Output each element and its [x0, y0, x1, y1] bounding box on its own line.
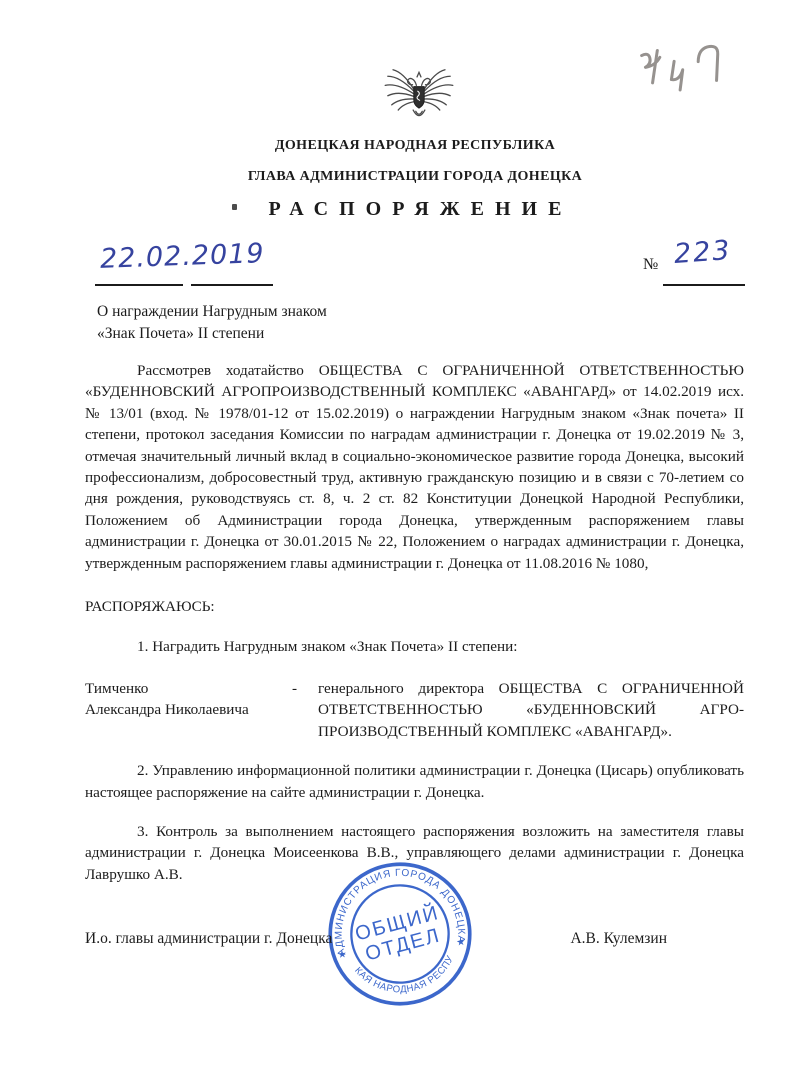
- handwritten-number: 223: [673, 235, 733, 270]
- stamp-star-left-icon: ★: [337, 949, 347, 961]
- document-header: ДОНЕЦКАЯ НАРОДНАЯ РЕСПУБЛИКА ГЛАВА АДМИН…: [85, 138, 745, 221]
- dpr-eagle-emblem-icon: [380, 60, 458, 138]
- date-underline-2: [191, 284, 273, 286]
- awardee-given-names: Александра Николаевича: [85, 699, 290, 720]
- document-type-title: РАСПОРЯЖЕНИЕ: [85, 198, 745, 221]
- awardee-position-description: генерального директора ОБЩЕСТВА С ОГРАНИ…: [318, 678, 744, 742]
- pencil-note-handwriting: [625, 12, 761, 107]
- order-item-1: 1. Наградить Нагрудным знаком «Знак Поче…: [85, 636, 744, 657]
- signer-position: И.о. главы администрации г. Донецка: [85, 930, 332, 948]
- handwritten-date: 22.02.2019: [100, 238, 266, 275]
- subject-line-2: «Знак Почета» II степени: [97, 323, 327, 345]
- subject-line-1: О награждении Нагрудным знаком: [97, 301, 327, 323]
- scan-artifact: [232, 204, 237, 210]
- scanned-document-page: ДОНЕЦКАЯ НАРОДНАЯ РЕСПУБЛИКА ГЛАВА АДМИН…: [0, 0, 785, 1080]
- awardee-surname: Тимченко: [85, 678, 290, 699]
- date-underline-1: [95, 284, 183, 286]
- signer-name: А.В. Кулемзин: [570, 930, 667, 948]
- number-underline: [663, 284, 745, 286]
- awardee-name: Тимченко Александра Николаевича: [85, 678, 290, 742]
- subject-block: О награждении Нагрудным знаком «Знак Поч…: [97, 301, 327, 344]
- awardee-dash: -: [292, 678, 316, 742]
- preamble-paragraph: Рассмотрев ходатайство ОБЩЕСТВА С ОГРАНИ…: [85, 360, 744, 574]
- awardee-row: Тимченко Александра Николаевича - генера…: [85, 678, 744, 742]
- republic-name: ДОНЕЦКАЯ НАРОДНАЯ РЕСПУБЛИКА: [85, 138, 745, 154]
- order-item-2: 2. Управлению информационной политики ад…: [85, 760, 744, 803]
- signature-row: И.о. главы администрации г. Донецка А.В.…: [85, 930, 667, 948]
- number-sign-label: №: [643, 256, 658, 274]
- resolve-word: РАСПОРЯЖАЮСЬ:: [85, 596, 744, 617]
- document-body: Рассмотрев ходатайство ОБЩЕСТВА С ОГРАНИ…: [85, 360, 744, 885]
- issuing-authority: ГЛАВА АДМИНИСТРАЦИИ ГОРОДА ДОНЕЦКА: [85, 169, 745, 185]
